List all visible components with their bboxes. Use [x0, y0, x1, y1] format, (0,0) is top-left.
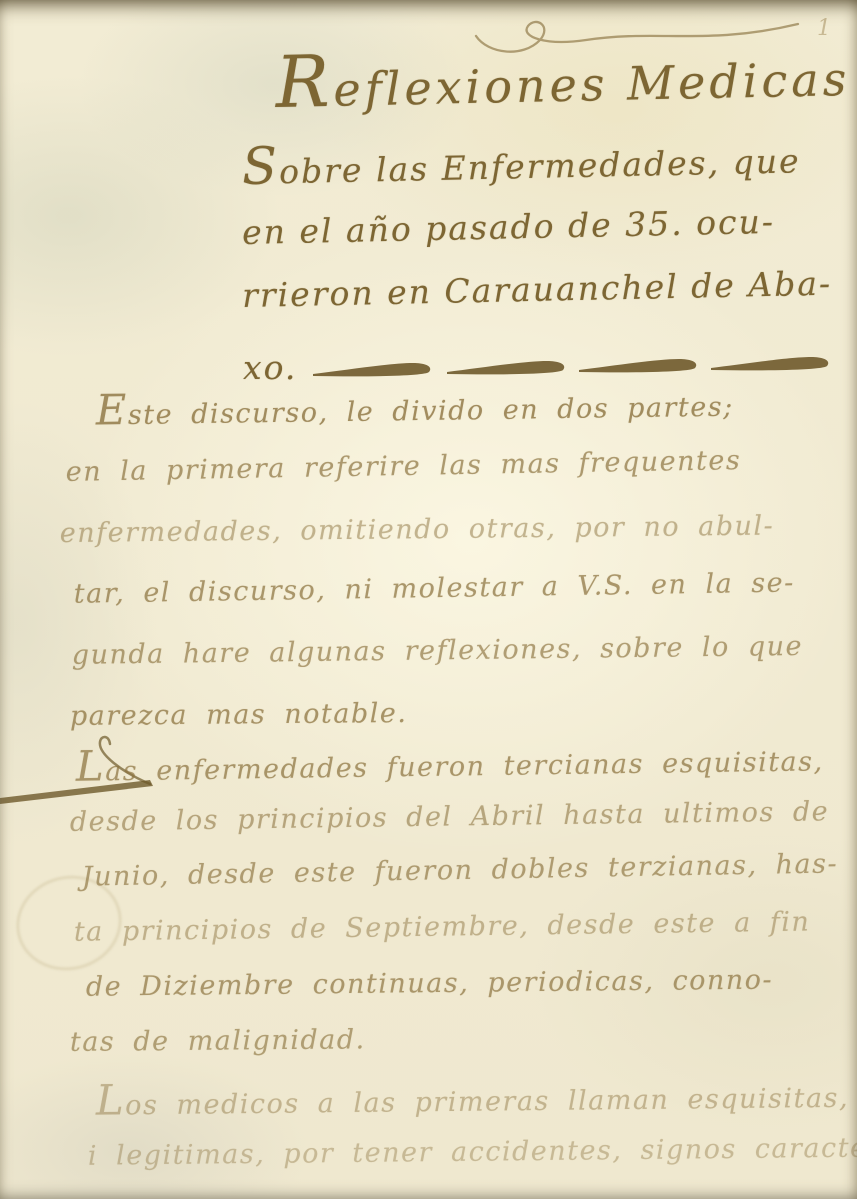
body-line: de Diziembre continuas, periodicas, conn…	[60, 964, 841, 1027]
body-line: en la primera referire las mas frequente…	[59, 443, 840, 518]
title-line-5: xo.	[243, 348, 297, 387]
title-block: Reflexiones Medicas Sobre las Enfermedad…	[243, 58, 852, 395]
title-line-4: rrieron en Carauanchel de Aba-	[242, 263, 852, 339]
body-line: tas de malignidad.	[60, 1020, 840, 1082]
body-line: Los medicos a las primeras llaman esquis…	[60, 1078, 841, 1141]
body-line: i legitimas, por tener accidentes, signo…	[60, 1133, 841, 1196]
paragraph-1: Este discurso, le divido en dos partes; …	[60, 396, 840, 762]
body-line: ta principios de Septiembre, desde este …	[60, 906, 841, 972]
title-rule-icon	[311, 350, 831, 384]
manuscript-page: 1 Reflexiones Medicas Sobre las Enfermed…	[0, 0, 857, 1199]
body-line: gunda hare algunas reflexiones, sobre lo…	[60, 630, 841, 701]
body-line: tar, el discurso, ni molestar a V.S. en …	[60, 567, 841, 640]
page-number: 1	[817, 16, 831, 41]
paragraph-3: Los medicos a las primeras llaman esquis…	[60, 1086, 840, 1196]
paragraph-2: Las enfermedades fueron tercianas esquis…	[60, 752, 840, 1082]
title-line-1: Reflexiones Medicas	[275, 46, 851, 150]
